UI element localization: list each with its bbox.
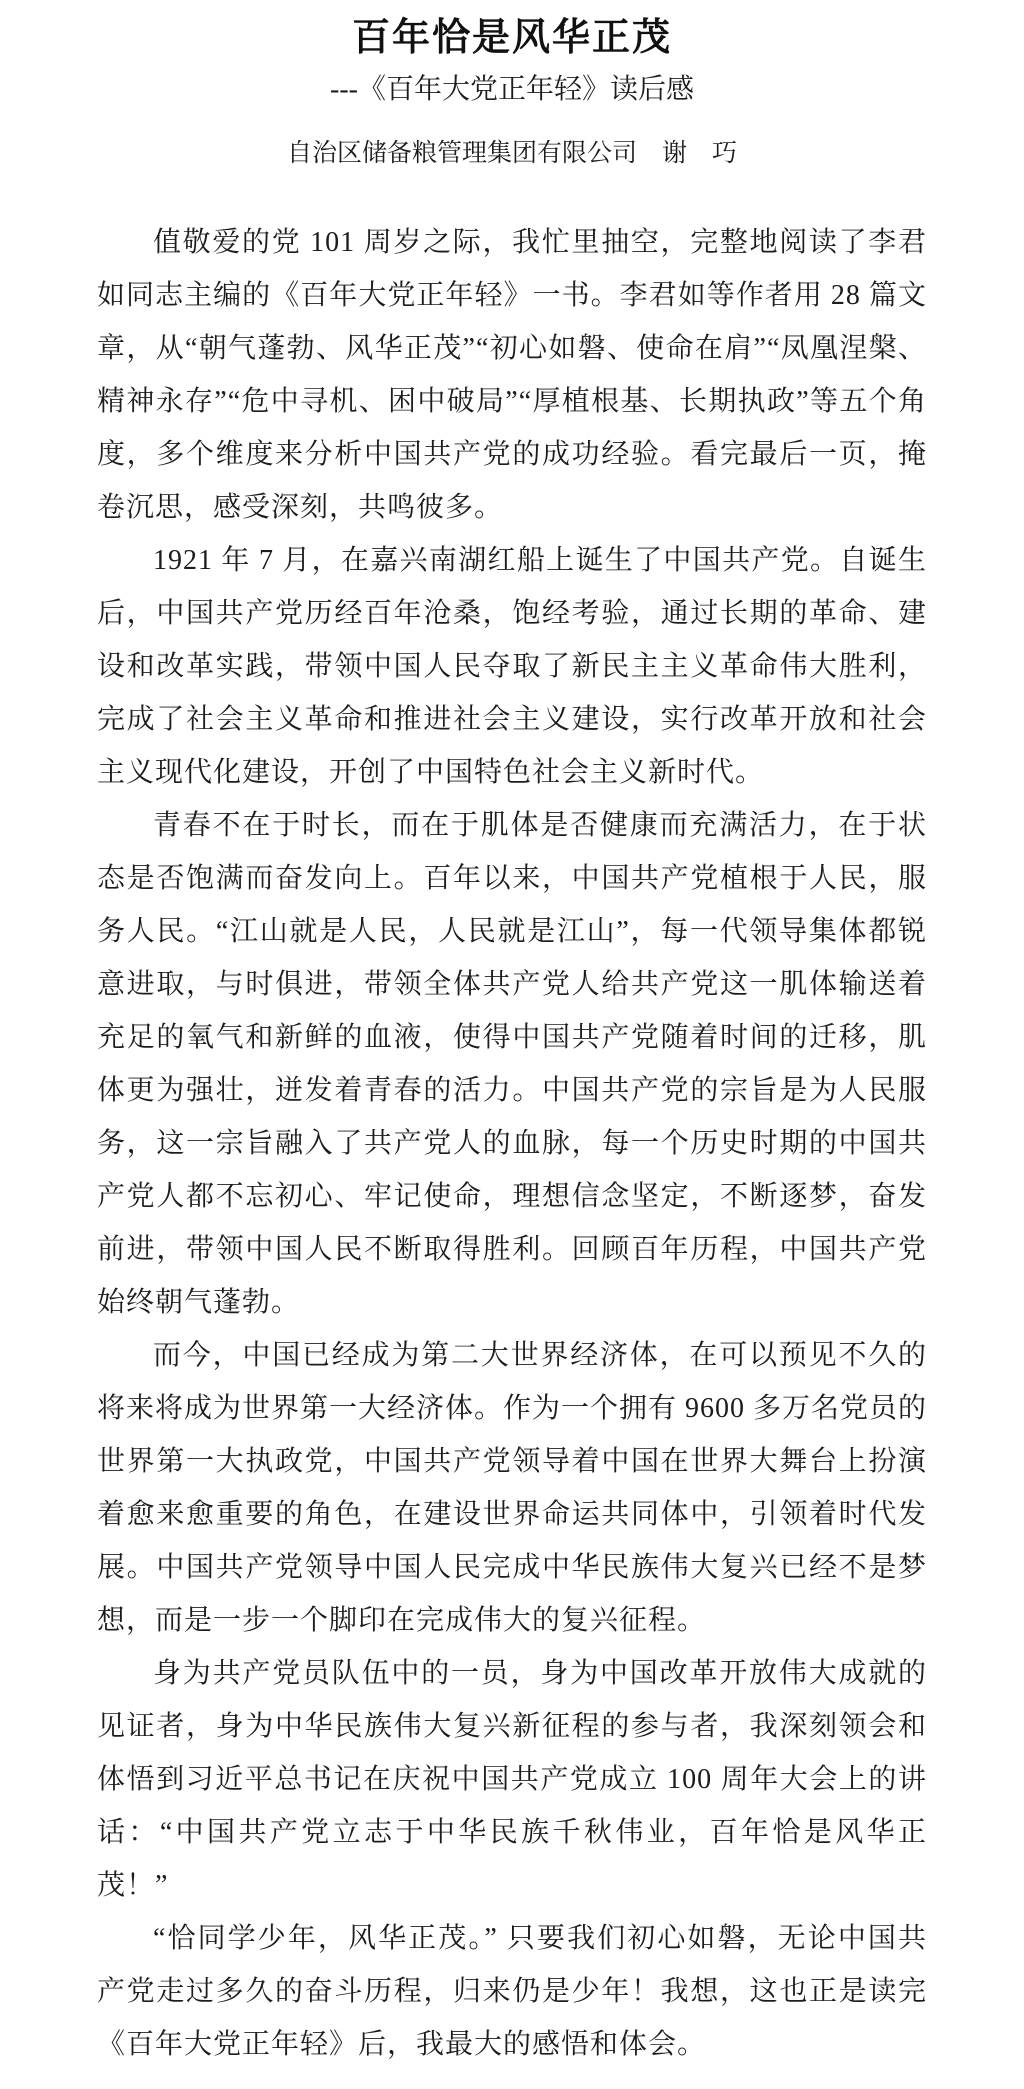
document-body: 值敬爱的党 101 周岁之际，我忙里抽空，完整地阅读了李君如同志主编的《百年大党…	[97, 216, 927, 2071]
paragraph: “恰同学少年，风华正茂。” 只要我们初心如磐，无论中国共产党走过多久的奋斗历程，…	[97, 1912, 927, 2071]
paragraph: 而今，中国已经成为第二大世界经济体，在可以预见不久的将来将成为世界第一大经济体。…	[97, 1329, 927, 1647]
document-title: 百年恰是风华正茂	[97, 14, 927, 62]
document-page: 百年恰是风华正茂 ---《百年大党正年轻》读后感 自治区储备粮管理集团有限公司 …	[0, 0, 1024, 2089]
paragraph: 身为共产党员队伍中的一员，身为中国改革开放伟大成就的见证者，身为中华民族伟大复兴…	[97, 1647, 927, 1912]
paragraph: 1921 年 7 月，在嘉兴南湖红船上诞生了中国共产党。自诞生后，中国共产党历经…	[97, 534, 927, 799]
paragraph: 值敬爱的党 101 周岁之际，我忙里抽空，完整地阅读了李君如同志主编的《百年大党…	[97, 216, 927, 534]
paragraph: 青春不在于时长，而在于肌体是否健康而充满活力，在于状态是否饱满而奋发向上。百年以…	[97, 799, 927, 1329]
document-byline: 自治区储备粮管理集团有限公司 谢 巧	[97, 134, 927, 174]
document-subtitle: ---《百年大党正年轻》读后感	[97, 68, 927, 112]
